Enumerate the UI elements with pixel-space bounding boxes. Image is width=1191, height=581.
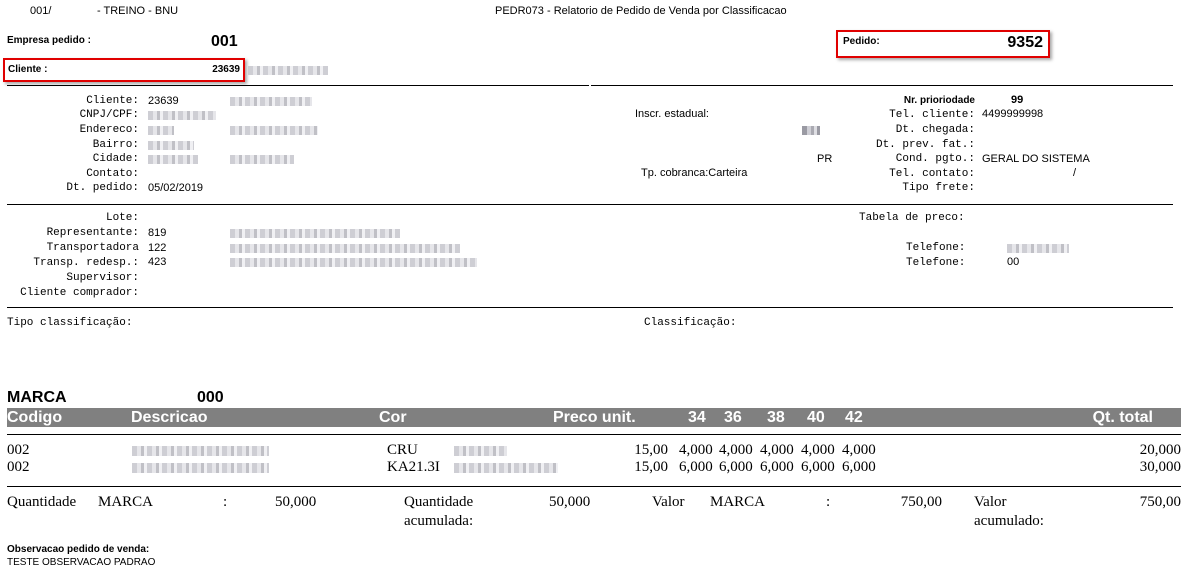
redacted-cor-desc <box>454 463 558 473</box>
redacted-cor-desc <box>454 446 507 456</box>
value-telefone-2: 00 <box>1007 256 1019 268</box>
value-representante: 819 <box>148 227 166 239</box>
label-cnpj: CNPJ/CPF: <box>80 109 139 121</box>
cell-size-36: 6,000 <box>719 459 753 476</box>
label-lote: Lote: <box>106 212 139 224</box>
label-tel-contato: Tel. contato: <box>889 168 975 180</box>
label-tp-cobranca: Tp. cobranca: <box>641 167 708 179</box>
label-tipo-classificacao: Tipo classificação: <box>7 317 132 329</box>
redacted-descricao <box>132 446 269 456</box>
divider <box>591 85 1173 86</box>
label-cliente: Cliente: <box>86 95 139 107</box>
divider <box>7 204 1173 205</box>
label-cliente-comprador: Cliente comprador: <box>20 287 139 299</box>
total-valor-acum-value: 750,00 <box>1140 494 1181 511</box>
cliente-highlight-box: Cliente : 23639 <box>3 58 245 82</box>
divider <box>7 85 589 86</box>
col-size-40: 40 <box>807 408 825 427</box>
total-valor-group: MARCA <box>710 494 765 511</box>
total-qtd-acum-label-2: acumulada: <box>404 513 473 530</box>
obs-label: Observacao pedido de venda: <box>7 544 149 555</box>
obs-value: TESTE OBSERVACAO PADRAO <box>7 557 155 568</box>
redacted-address <box>148 126 174 135</box>
value-tel-contato: / <box>1073 167 1076 179</box>
total-qtd-value: 50,000 <box>275 494 316 511</box>
total-qtd-group: MARCA <box>98 494 153 511</box>
redacted-inscr <box>802 126 820 135</box>
pedido-highlight-box: Pedido: 9352 <box>836 30 1050 58</box>
cell-size-42: 6,000 <box>842 459 876 476</box>
value-cliente: 23639 <box>148 95 179 107</box>
redacted-descricao <box>132 463 269 473</box>
label-dt-chegada: Dt. chegada: <box>896 124 975 136</box>
cell-codigo: 002 <box>7 459 30 476</box>
label-transportadora: Transportadora <box>47 242 139 254</box>
value-cond-pgto: GERAL DO SISTEMA <box>982 153 1090 165</box>
col-descricao: Descricao <box>131 408 208 427</box>
company-name: - TREINO - BNU <box>97 5 178 17</box>
cell-size-34: 6,000 <box>679 459 713 476</box>
value-dt-pedido: 05/02/2019 <box>148 182 203 194</box>
redacted-city <box>230 155 294 164</box>
cell-preco: 15,00 <box>634 442 668 459</box>
cliente-value: 23639 <box>212 64 240 75</box>
label-cond-pgto: Cond. pgto.: <box>896 153 975 165</box>
cell-size-36: 4,000 <box>719 442 753 459</box>
cliente-label: Cliente : <box>8 64 47 75</box>
pedido-label: Pedido: <box>843 36 880 47</box>
label-dt-pedido: Dt. pedido: <box>66 182 139 194</box>
value-tp-cobranca: Carteira <box>708 167 747 179</box>
total-qtd-label: Quantidade <box>7 494 76 511</box>
company-code: 001/ <box>30 5 51 17</box>
cell-size-34: 4,000 <box>679 442 713 459</box>
label-representante: Representante: <box>47 227 139 239</box>
cell-codigo: 002 <box>7 442 30 459</box>
cell-qt-total: 20,000 <box>1140 442 1181 459</box>
total-qtd-acum-value: 50,000 <box>549 494 590 511</box>
col-size-38: 38 <box>767 408 785 427</box>
total-valor-value: 750,00 <box>901 494 942 511</box>
label-telefone-2: Telefone: <box>906 257 965 269</box>
cell-cor: CRU <box>387 442 418 459</box>
total-valor-acum-label-2: acumulado: <box>974 513 1044 530</box>
divider <box>7 486 1181 487</box>
label-endereco: Endereco: <box>80 124 139 136</box>
label-telefone-1: Telefone: <box>906 242 965 254</box>
col-preco-unit: Preco unit. <box>553 408 636 427</box>
divider <box>7 434 1181 435</box>
value-transp-redesp: 423 <box>148 256 166 268</box>
col-size-34: 34 <box>688 408 706 427</box>
col-size-36: 36 <box>724 408 742 427</box>
cell-size-38: 4,000 <box>760 442 794 459</box>
group-value: 000 <box>197 389 224 407</box>
divider <box>7 307 1173 308</box>
label-dt-prev-fat: Dt. prev. fat.: <box>876 139 975 151</box>
redacted-client-name <box>230 97 312 106</box>
cell-size-40: 6,000 <box>801 459 835 476</box>
report-title: PEDR073 - Relatorio de Pedido de Venda p… <box>495 5 787 17</box>
tp-cobranca: Tp. cobranca:Carteira <box>641 167 747 179</box>
group-label: MARCA <box>7 389 67 407</box>
redacted-address-number <box>230 126 318 135</box>
label-tipo-frete: Tipo frete: <box>902 182 975 194</box>
redacted-bairro <box>148 141 194 150</box>
total-valor-acum-label: Valor <box>974 494 1007 511</box>
label-contato: Contato: <box>86 168 139 180</box>
total-qtd-acum-label: Quantidade <box>404 494 473 511</box>
redacted-transportadora-name <box>230 244 460 253</box>
value-tel-cliente: 4499999998 <box>982 108 1043 120</box>
redacted-cep <box>148 155 198 164</box>
value-nr-prioridade: 99 <box>1011 94 1023 106</box>
pedido-value: 9352 <box>1007 34 1043 52</box>
col-codigo: Codigo <box>7 408 62 427</box>
cell-cor: KA21.3I <box>387 459 440 476</box>
cell-size-38: 6,000 <box>760 459 794 476</box>
label-tel-cliente: Tel. cliente: <box>889 109 975 121</box>
cell-preco: 15,00 <box>634 459 668 476</box>
label-supervisor: Supervisor: <box>66 272 139 284</box>
label-classificacao: Classificação: <box>644 317 736 329</box>
value-uf: PR <box>817 153 832 165</box>
col-size-42: 42 <box>845 408 863 427</box>
label-transp-redesp: Transp. redesp.: <box>33 257 139 269</box>
total-qtd-colon: : <box>223 494 227 511</box>
empresa-value: 001 <box>211 33 238 51</box>
redacted-representante-name <box>230 229 400 238</box>
cell-size-42: 4,000 <box>842 442 876 459</box>
label-bairro: Bairro: <box>93 139 139 151</box>
label-cidade: Cidade: <box>93 153 139 165</box>
redacted-client-name <box>248 66 328 75</box>
col-qt-total: Qt. total <box>1093 408 1153 427</box>
col-cor: Cor <box>379 408 407 427</box>
label-tabela-preco: Tabela de preco: <box>859 212 965 224</box>
redacted-redesp-name <box>230 258 477 267</box>
total-valor-colon: : <box>826 494 830 511</box>
items-table-header: Codigo Descricao Cor Preco unit. 34 36 3… <box>7 408 1181 427</box>
total-valor-label: Valor <box>652 494 685 511</box>
label-nr-prioridade: Nr. prioriodade <box>904 95 975 106</box>
cell-size-40: 4,000 <box>801 442 835 459</box>
label-inscr-estadual: Inscr. estadual: <box>635 108 709 120</box>
empresa-label: Empresa pedido : <box>7 35 91 46</box>
cell-qt-total: 30,000 <box>1140 459 1181 476</box>
redacted-telefone-1 <box>1007 244 1069 253</box>
value-transportadora: 122 <box>148 242 166 254</box>
redacted-cnpj <box>148 111 216 120</box>
